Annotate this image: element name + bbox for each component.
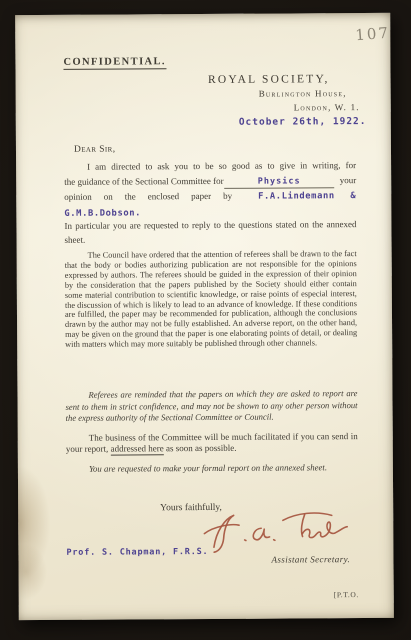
salutation: Dear Sir, xyxy=(74,145,116,155)
addressee-name: Prof. S. Chapman, F.R.S. xyxy=(66,547,208,558)
letterhead-address-line2: London, W. 1. xyxy=(208,99,360,114)
council-instructions-paragraph: The Council have ordered that the attent… xyxy=(65,249,358,350)
folio-number: 107 xyxy=(355,24,391,45)
opening-line-1: I am directed to ask you to be so good a… xyxy=(64,158,356,175)
opening-line3-text: opinion on the enclosed paper by xyxy=(64,191,232,202)
formal-report-note: You are requested to make your formal re… xyxy=(66,462,358,474)
opening-line-2: the guidance of the Sectional Committee … xyxy=(64,173,356,190)
addressed-here-underlined: addressed here xyxy=(111,444,164,456)
letter-page: 107 CONFIDENTIAL. ROYAL SOCIETY, Burling… xyxy=(15,13,394,620)
annexed-sheet-paragraph: In particular you are requested to reply… xyxy=(64,217,356,247)
pto-note: [P.T.O. xyxy=(334,590,359,599)
committee-blank-field: Physics xyxy=(225,176,334,189)
business-paragraph: The business of the Committee will be mu… xyxy=(66,431,358,456)
signer-title: Assistant Secretary. xyxy=(271,554,350,564)
photo-background: 107 CONFIDENTIAL. ROYAL SOCIETY, Burling… xyxy=(0,0,411,640)
letterhead: ROYAL SOCIETY, Burlington House, London,… xyxy=(208,73,360,114)
opening-line2-text: the guidance of the Sectional Committee … xyxy=(64,174,224,190)
opening-paragraph: I am directed to ask you to be so good a… xyxy=(64,158,356,222)
letterhead-address-line1: Burlington House, xyxy=(208,85,360,100)
opening-line2-tail: your xyxy=(335,173,357,188)
confidential-heading: CONFIDENTIAL. xyxy=(63,56,166,70)
business-text-after: as soon as possible. xyxy=(166,443,237,453)
date-line: October 26th, 1922. xyxy=(239,116,367,128)
confidence-reminder-paragraph: Referees are reminded that the papers on… xyxy=(65,388,357,425)
signature-autograph xyxy=(200,504,356,556)
letterhead-society-name: ROYAL SOCIETY, xyxy=(208,73,360,86)
